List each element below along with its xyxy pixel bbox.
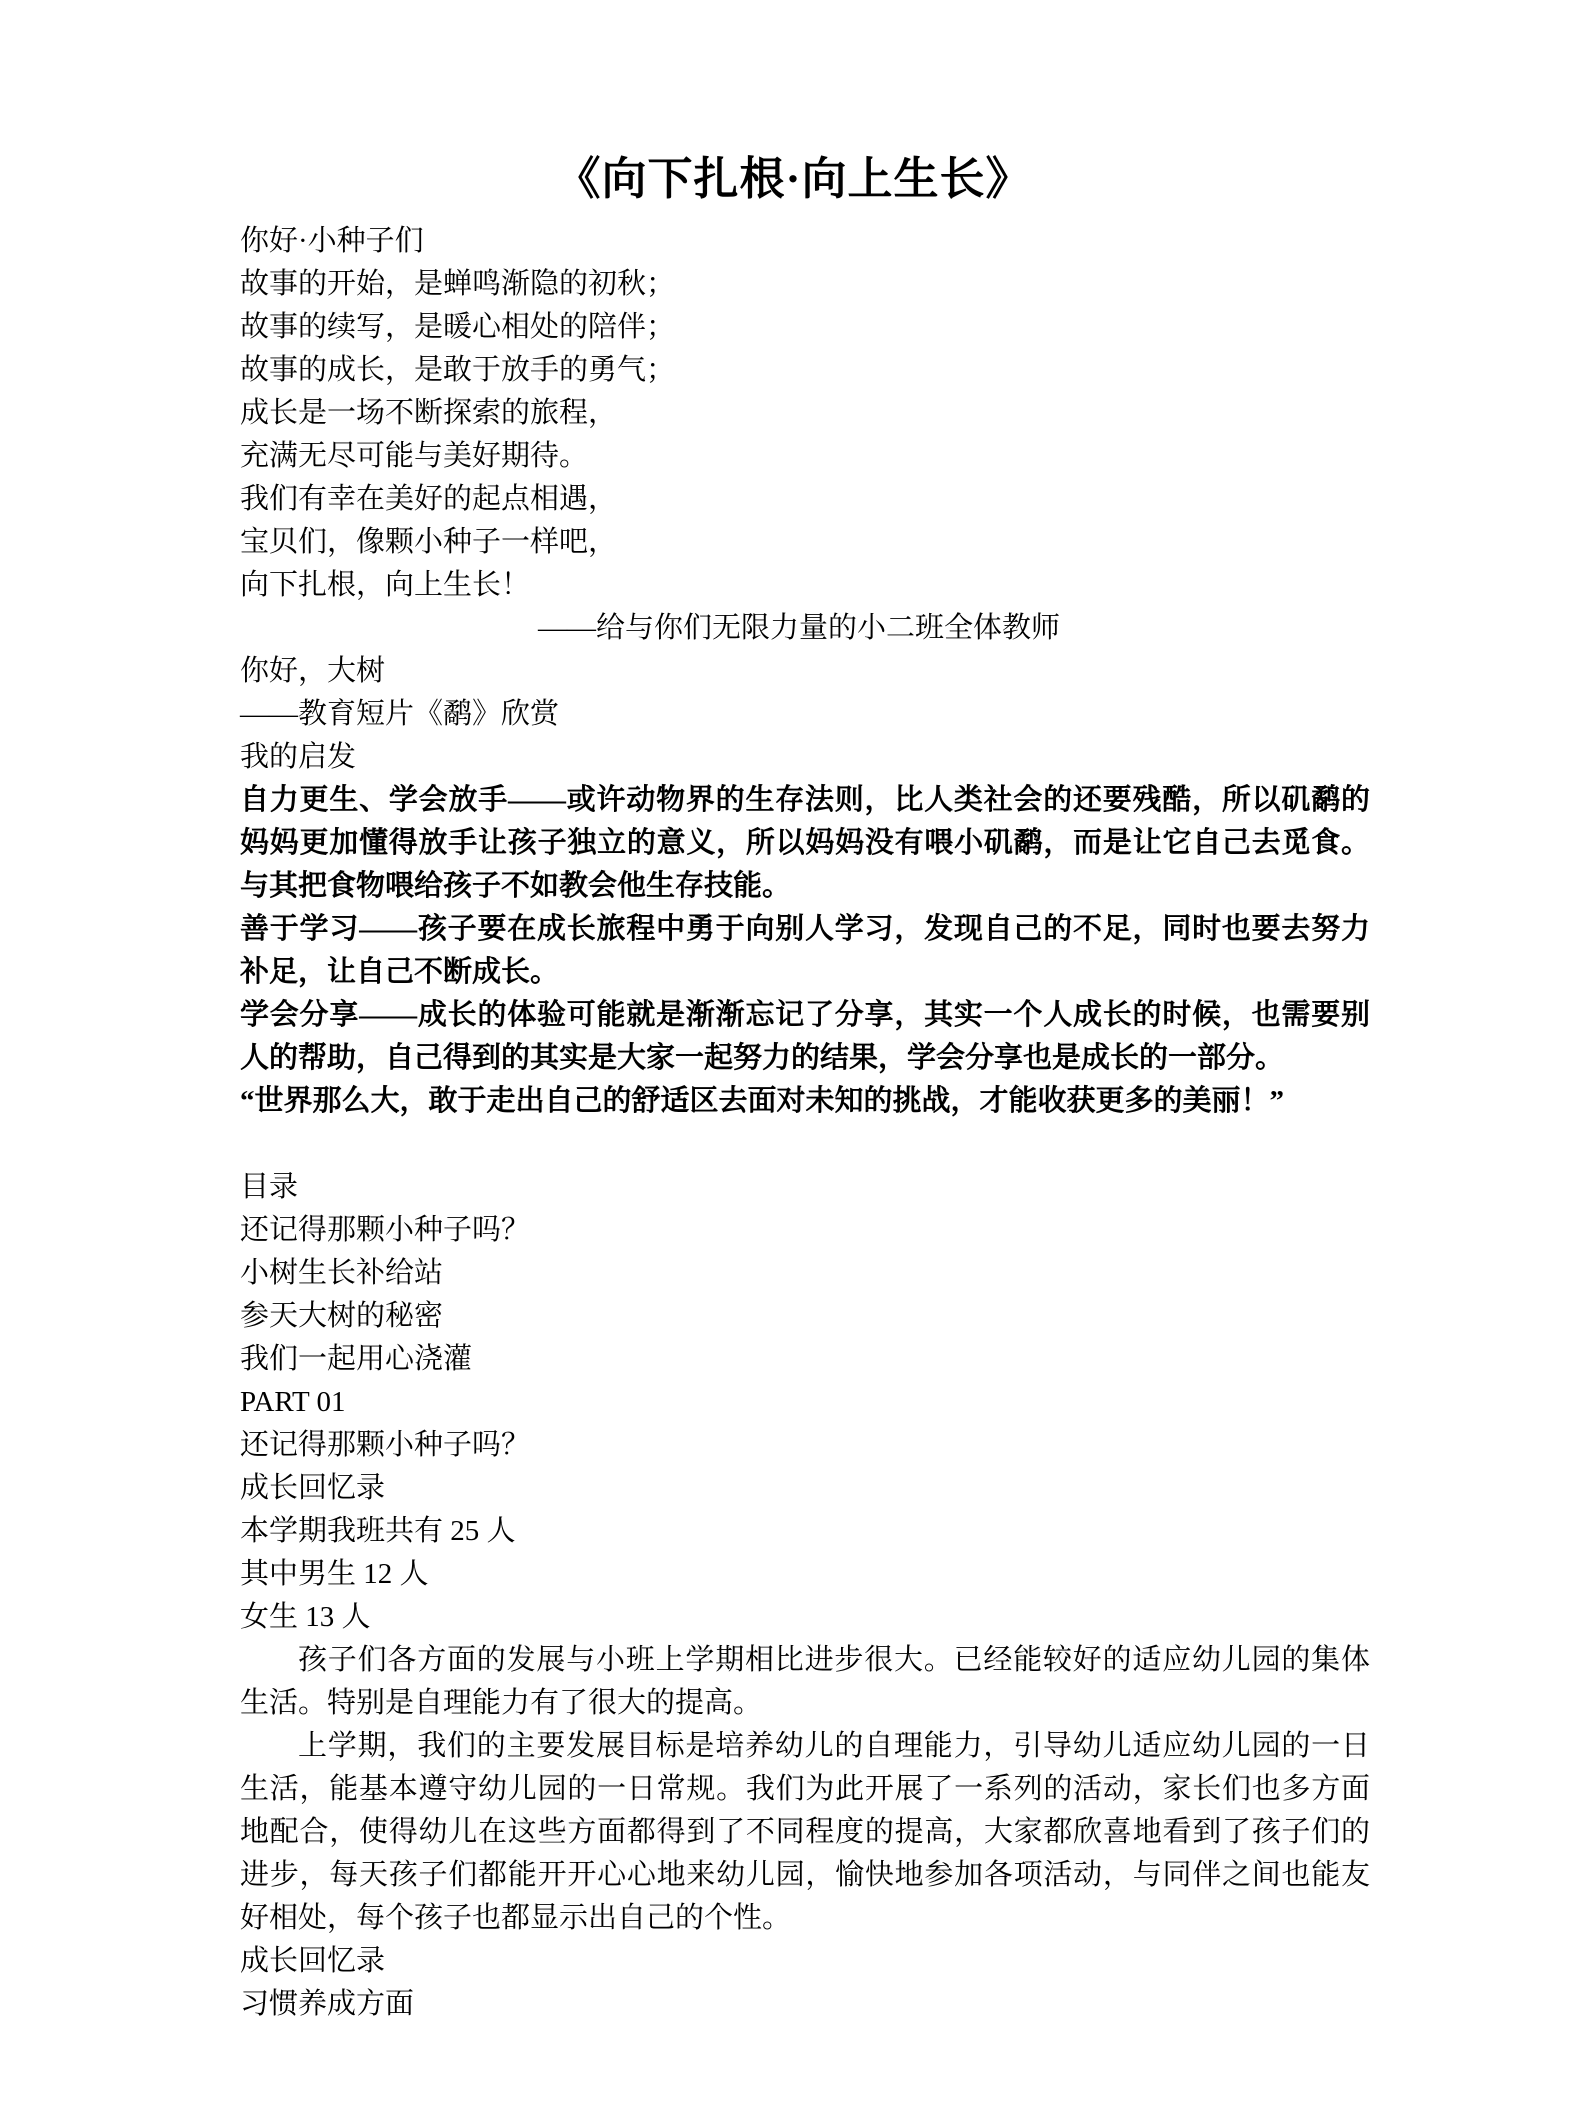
toc-item: 我们一起用心浇灌 (240, 1338, 1370, 1381)
section-heading-habits: 习惯养成方面 (240, 1983, 1370, 2026)
insight-paragraph: 善于学习——孩子要在成长旅程中勇于向别人学习，发现自己的不足，同时也要去努力补足… (240, 908, 1370, 994)
section-heading-memoir: 成长回忆录 (240, 1467, 1370, 1510)
greeting-line: 你好，大树 (240, 650, 1370, 693)
poem-line: 我们有幸在美好的起点相遇， (240, 478, 1370, 521)
film-caption-line: ——教育短片《鹬》欣赏 (240, 693, 1370, 736)
body-paragraph: 上学期，我们的主要发展目标是培养幼儿的自理能力，引导幼儿适应幼儿园的一日生活，能… (240, 1725, 1370, 1940)
poem-line: 充满无尽可能与美好期待。 (240, 435, 1370, 478)
toc-item: 小树生长补给站 (240, 1252, 1370, 1295)
toc-item: 还记得那颗小种子吗？ (240, 1209, 1370, 1252)
poem-line: 你好·小种子们 (240, 220, 1370, 263)
insight-paragraph: 自力更生、学会放手——或许动物界的生存法则，比人类社会的还要残酷，所以矶鹬的妈妈… (240, 779, 1370, 908)
toc-item: 参天大树的秘密 (240, 1295, 1370, 1338)
body-paragraph: 孩子们各方面的发展与小班上学期相比进步很大。已经能较好的适应幼儿园的集体生活。特… (240, 1639, 1370, 1725)
insight-paragraph: 学会分享——成长的体验可能就是渐渐忘记了分享，其实一个人成长的时候，也需要别人的… (240, 994, 1370, 1080)
class-stats-line: 其中男生 12 人 (240, 1553, 1370, 1596)
quote-line: “世界那么大，敢于走出自己的舒适区去面对未知的挑战，才能收获更多的美丽！” (240, 1080, 1370, 1123)
class-stats-line: 本学期我班共有 25 人 (240, 1510, 1370, 1553)
section-heading-memoir: 成长回忆录 (240, 1940, 1370, 1983)
toc-heading: 目录 (240, 1166, 1370, 1209)
poem-line: 故事的成长，是敢于放手的勇气； (240, 349, 1370, 392)
poem-line: 故事的开始，是蝉鸣渐隐的初秋； (240, 263, 1370, 306)
poem-line: 成长是一场不断探索的旅程， (240, 392, 1370, 435)
section-heading-insight: 我的启发 (240, 736, 1370, 779)
class-stats-line: 女生 13 人 (240, 1596, 1370, 1639)
section-title: 还记得那颗小种子吗？ (240, 1424, 1370, 1467)
part-label: PART 01 (240, 1381, 1370, 1424)
poem-line: 宝贝们，像颗小种子一样吧， (240, 521, 1370, 564)
poem-line: 故事的续写，是暖心相处的陪伴； (240, 306, 1370, 349)
document-title: 《向下扎根·向上生长》 (0, 148, 1587, 210)
blank-line (240, 1123, 1370, 1166)
document-page: 《向下扎根·向上生长》 你好·小种子们 故事的开始，是蝉鸣渐隐的初秋； 故事的续… (0, 0, 1587, 2122)
dedication-line: ——给与你们无限力量的小二班全体教师 (240, 607, 1370, 650)
poem-line: 向下扎根，向上生长！ (240, 564, 1370, 607)
document-body: 你好·小种子们 故事的开始，是蝉鸣渐隐的初秋； 故事的续写，是暖心相处的陪伴； … (0, 220, 1587, 2026)
